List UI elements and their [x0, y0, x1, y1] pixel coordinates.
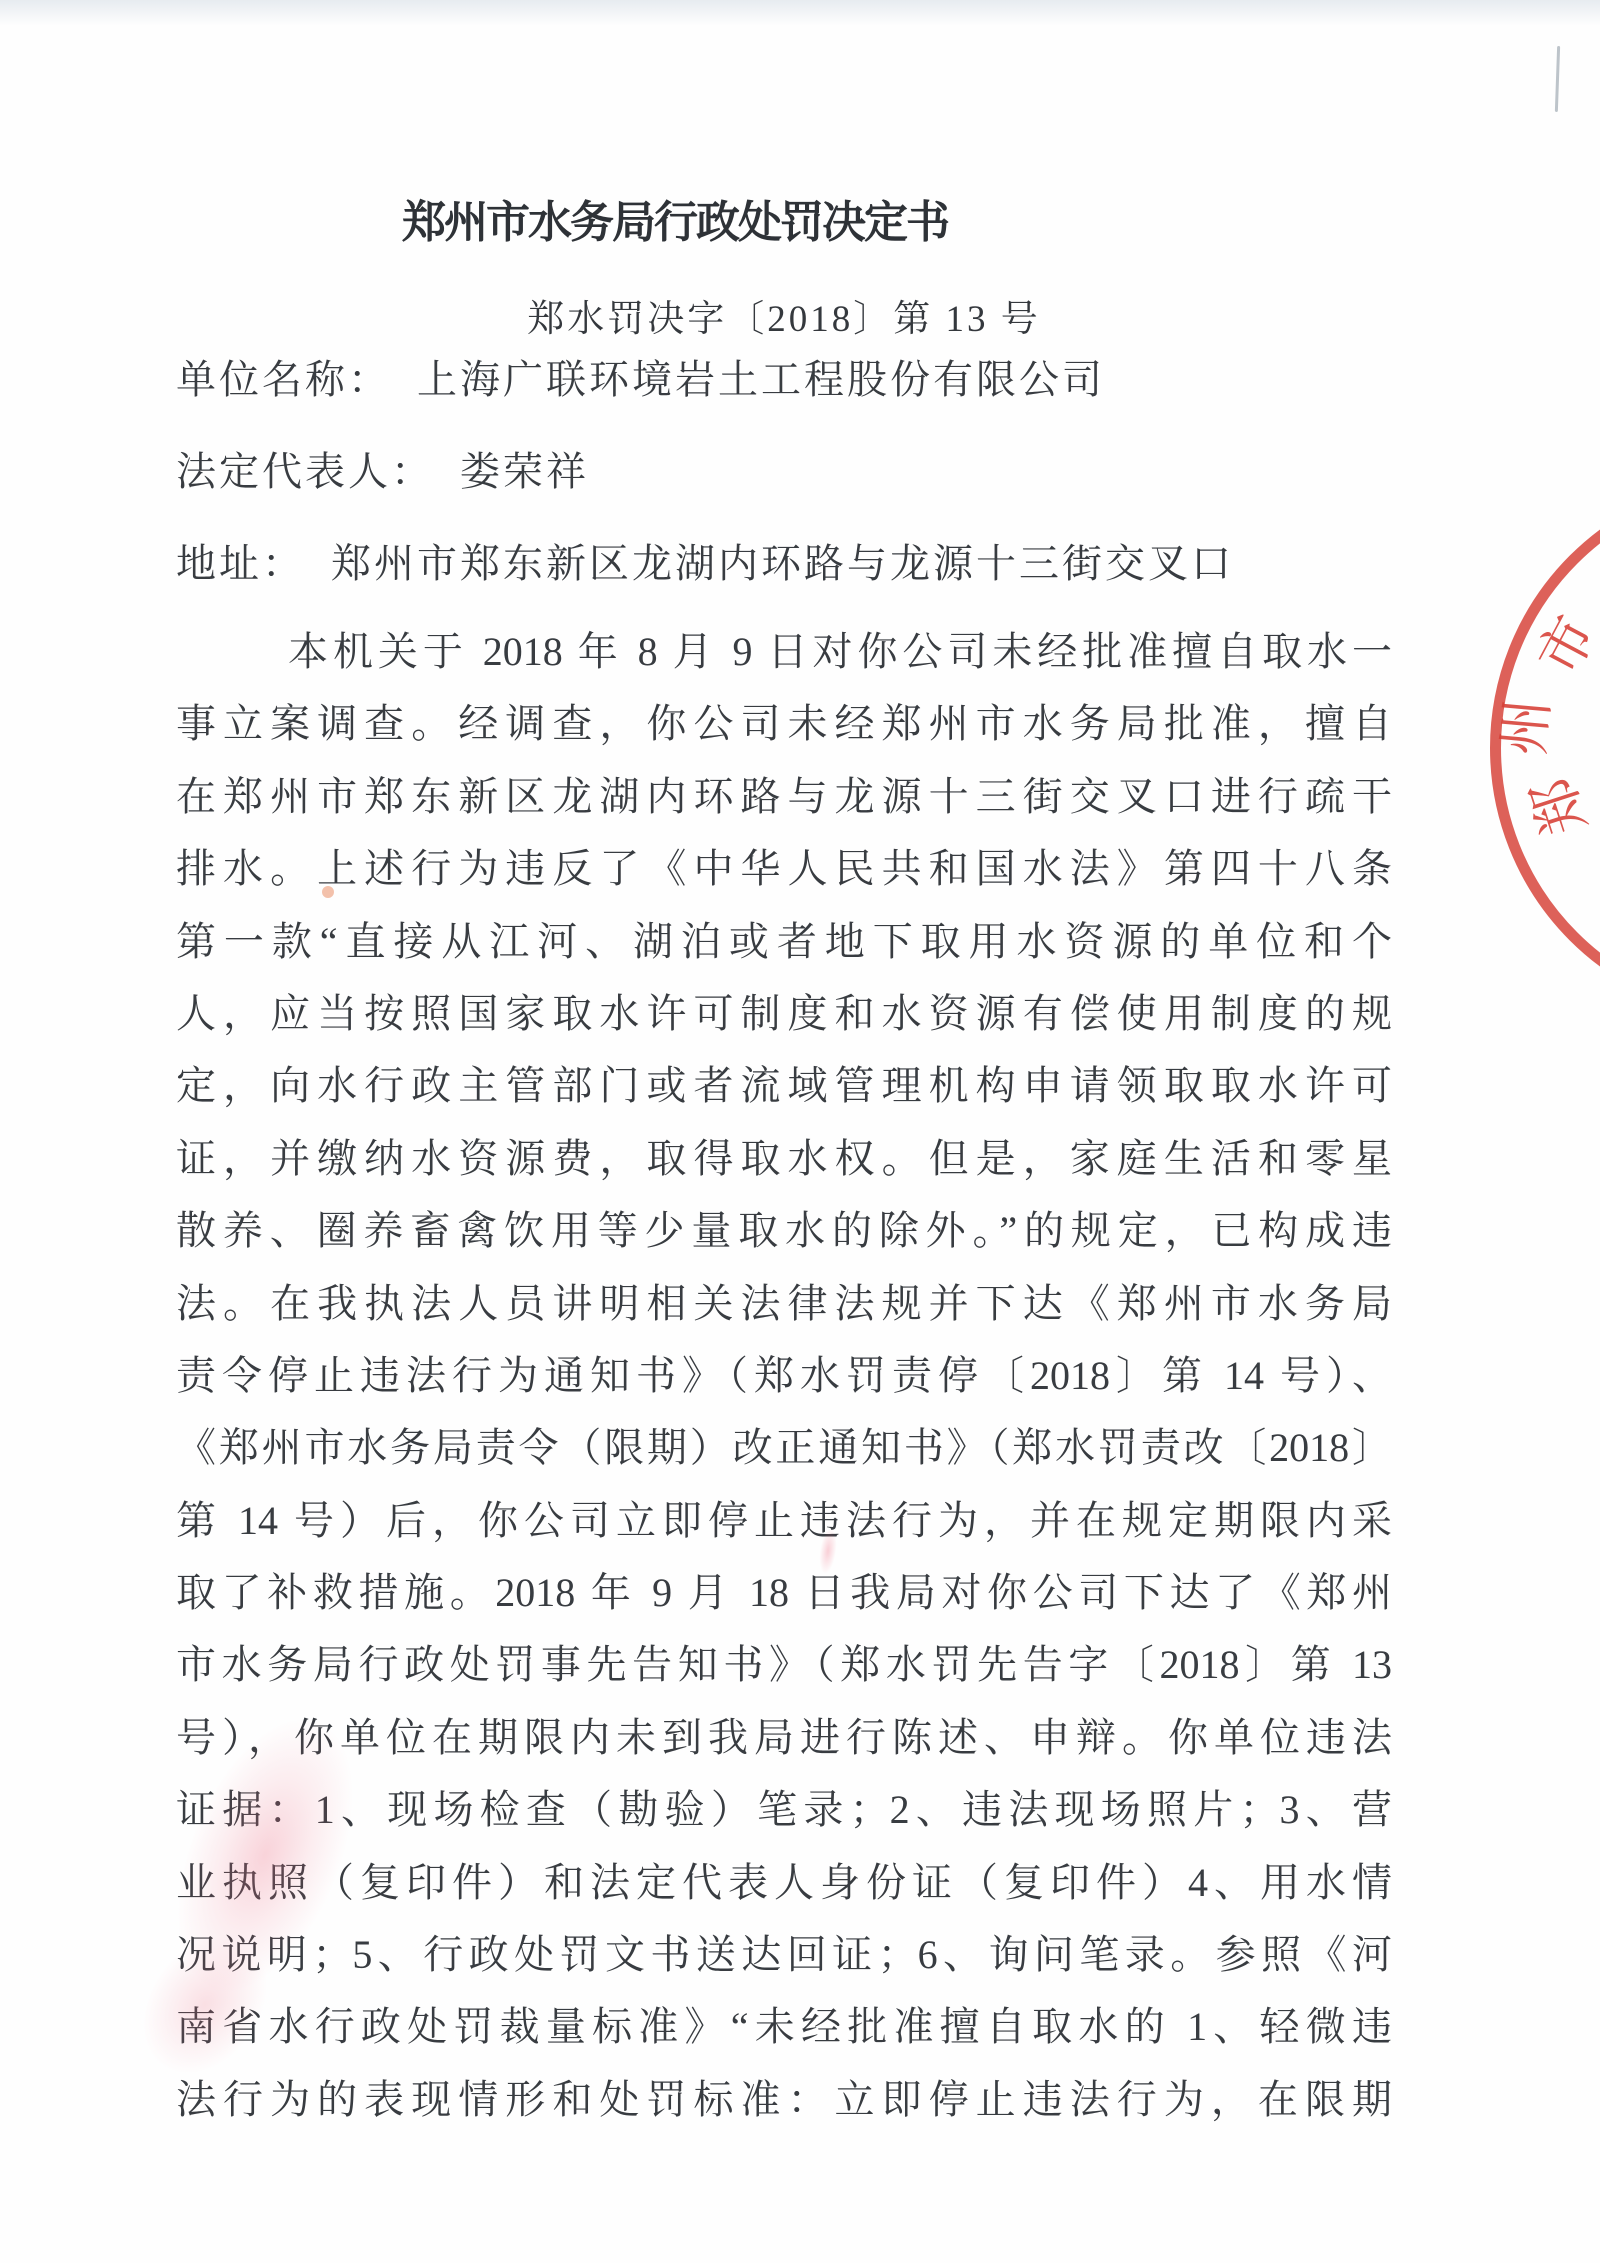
field-legal-representative-label: 法定代表人： [176, 449, 434, 494]
document-body: 本机关于 2018 年 8 月 9 日对你公司未经批准擅自取水一 事立案调查。经… [176, 616, 1392, 2136]
field-legal-representative: 法定代表人：娄荣祥 [176, 440, 1476, 497]
small-ink-dot [322, 886, 334, 898]
scan-artifact-vertical-line [1555, 46, 1560, 112]
body-line: 取了补救措施。2018 年 9 月 18 日我局对你公司下达了《郑州 [176, 1557, 1392, 1629]
body-line: 市水务局行政处罚事先告知书》（郑水罚先告字〔2018〕第 13 [176, 1629, 1392, 1701]
body-line: 人，应当按照国家取水许可制度和水资源有偿使用制度的规 [176, 978, 1392, 1050]
body-line: 业执照（复印件）和法定代表人身份证（复印件）4、用水情 [176, 1847, 1392, 1919]
body-line: 责令停止违法行为通知书》（郑水罚责停〔2018〕第 14 号）、 [176, 1340, 1392, 1412]
field-legal-representative-value: 娄荣祥 [460, 449, 589, 494]
body-line: 散养、圈养畜禽饮用等少量取水的除外。”的规定，已构成违 [176, 1195, 1392, 1267]
body-line: 法行为的表现情形和处罚标准：立即停止违法行为，在限期 [176, 2064, 1392, 2136]
document-number: 郑水罚决字〔2018〕第 13 号 [176, 288, 1392, 342]
field-address-value: 郑州市郑东新区龙湖内环路与龙源十三街交叉口 [331, 541, 1234, 586]
field-unit-name: 单位名称：上海广联环境岩土工程股份有限公司 [176, 348, 1476, 405]
body-line: 定，向水行政主管部门或者流域管理机构申请领取取水许可 [176, 1050, 1392, 1122]
body-line: 证，并缴纳水资源费，取得取水权。但是，家庭生活和零星 [176, 1123, 1392, 1195]
body-line: 第一款“直接从江河、湖泊或者地下取用水资源的单位和个 [176, 906, 1392, 978]
body-line: 第 14 号）后，你公司立即停止违法行为，并在规定期限内采 [176, 1485, 1392, 1557]
body-line: 排水。上述行为违反了《中华人民共和国水法》第四十八条 [176, 833, 1392, 905]
scan-artifact-top-band [0, 0, 1600, 26]
body-line: 《郑州市水务局责令（限期）改正通知书》（郑水罚责改〔2018〕 [176, 1412, 1392, 1484]
body-line: 事立案调查。经调查，你公司未经郑州市水务局批准，擅自 [176, 688, 1392, 760]
field-address: 地址：郑州市郑东新区龙湖内环路与龙源十三街交叉口 [176, 532, 1476, 589]
field-address-label: 地址： [176, 541, 305, 586]
seal-char: 州 [1497, 697, 1558, 758]
document-title: 郑州市水务局行政处罚决定书 [402, 186, 948, 250]
field-unit-name-label: 单位名称： [176, 357, 391, 402]
body-line: 法。在我执法人员讲明相关法律法规并下达《郑州市水务局 [176, 1268, 1392, 1340]
body-line: 南省水行政处罚裁量标准》“未经批准擅自取水的 1、轻微违 [176, 1991, 1392, 2063]
scanned-document-page: 郑州市水务局行政处罚决定书 郑水罚决字〔2018〕第 13 号 单位名称：上海广… [0, 0, 1600, 2263]
body-line: 在郑州市郑东新区龙湖内环路与龙源十三街交叉口进行疏干 [176, 761, 1392, 833]
body-line: 况说明；5、行政处罚文书送达回证；6、询问笔录。参照《河 [176, 1919, 1392, 1991]
body-line: 本机关于 2018 年 8 月 9 日对你公司未经批准擅自取水一 [176, 616, 1392, 688]
field-unit-name-value: 上海广联环境岩土工程股份有限公司 [417, 357, 1105, 402]
